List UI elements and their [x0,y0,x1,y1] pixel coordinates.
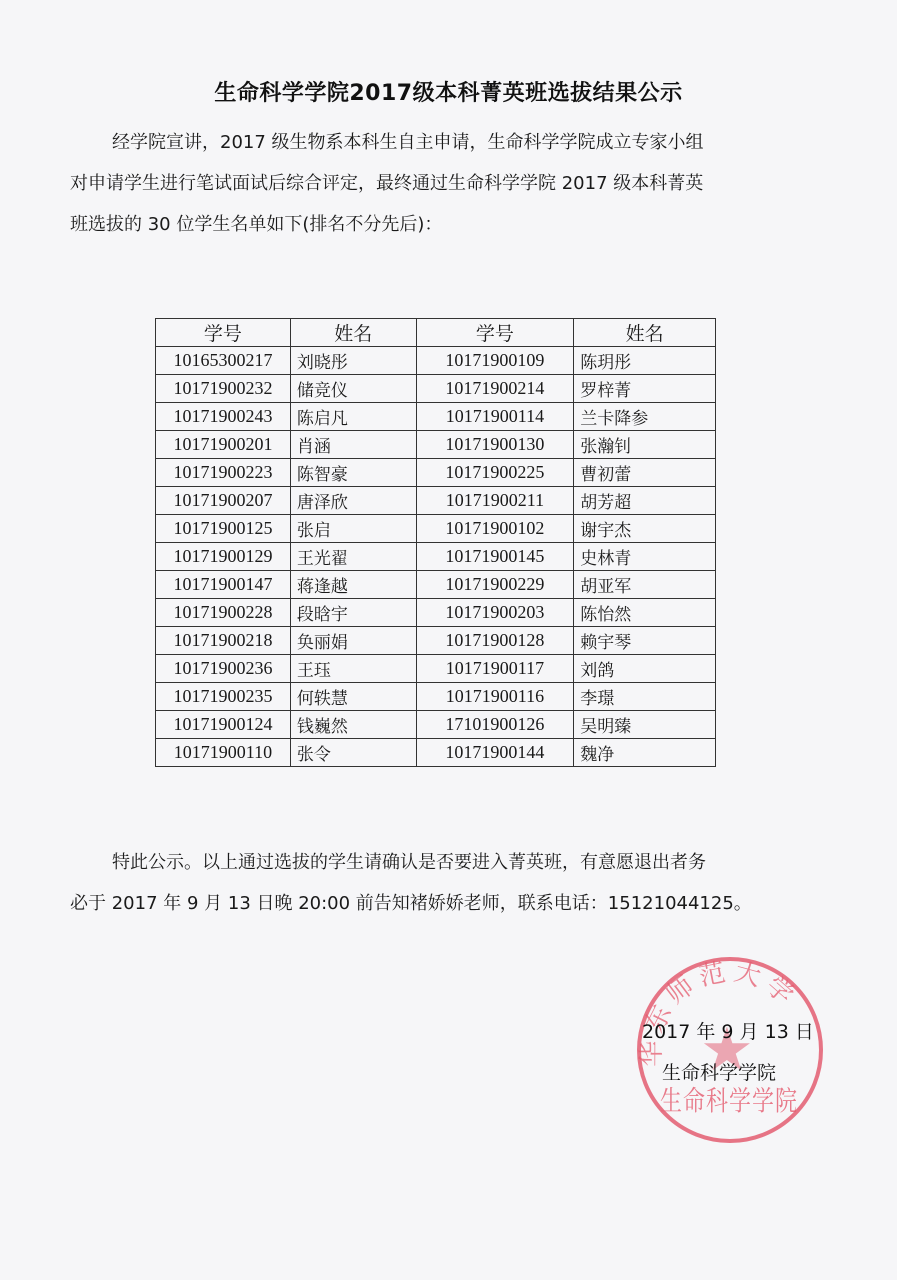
student-name-cell: 胡芳超 [574,487,716,515]
student-name-cell: 吴明臻 [574,711,716,739]
student-name-cell: 张令 [290,739,416,767]
table-row: 10171900129王光翟10171900145史林青 [156,543,716,571]
table-row: 10171900110张令10171900144魏净 [156,739,716,767]
student-name-cell: 魏净 [574,739,716,767]
seal-inner-text: 生命科学学院 [660,1080,798,1119]
table-row: 10171900243陈启凡10171900114兰卡降参 [156,403,716,431]
student-name-cell: 刘鸽 [574,655,716,683]
document-title: 生命科学学院2017级本科菁英班选拔结果公示 [0,76,897,107]
table-row: 10171900124钱巍然17101900126吴明臻 [156,711,716,739]
student-id-cell: 10171900228 [156,599,291,627]
student-id-cell: 17101900126 [416,711,574,739]
student-id-cell: 10171900223 [156,459,291,487]
student-id-cell: 10171900232 [156,375,291,403]
closing-line-1: 特此公示。以上通过选拔的学生请确认是否要进入菁英班，有意愿退出者务 [112,842,706,883]
intro-line-3: 班选拔的 30 位学生名单如下(排名不分先后)： [70,204,442,245]
student-name-cell: 肖涵 [290,431,416,459]
student-list-table: 学号 姓名 学号 姓名 10165300217刘晓彤10171900109陈玥彤… [155,318,716,767]
student-id-cell: 10171900124 [156,711,291,739]
student-id-cell: 10171900116 [416,683,574,711]
student-id-cell: 10171900201 [156,431,291,459]
student-name-cell: 陈智豪 [290,459,416,487]
student-id-cell: 10171900102 [416,515,574,543]
student-name-cell: 张启 [290,515,416,543]
student-name-cell: 段晗宇 [290,599,416,627]
student-name-cell: 何轶慧 [290,683,416,711]
header-student-id-1: 学号 [156,319,291,347]
signature-organization: 生命科学学院 [662,1058,776,1085]
student-id-cell: 10171900145 [416,543,574,571]
student-name-cell: 史林青 [574,543,716,571]
student-name-cell: 罗梓菁 [574,375,716,403]
header-student-id-2: 学号 [416,319,574,347]
student-id-cell: 10171900130 [416,431,574,459]
student-name-cell: 谢宇杰 [574,515,716,543]
student-id-cell: 10171900114 [416,403,574,431]
student-id-cell: 10171900243 [156,403,291,431]
student-id-cell: 10171900207 [156,487,291,515]
student-name-cell: 兰卡降参 [574,403,716,431]
table-row: 10171900218奂丽娟10171900128赖宇琴 [156,627,716,655]
student-name-cell: 唐泽欣 [290,487,416,515]
student-name-cell: 奂丽娟 [290,627,416,655]
student-name-cell: 刘晓彤 [290,347,416,375]
table-row: 10171900201肖涵10171900130张瀚钊 [156,431,716,459]
intro-line-1: 经学院宣讲，2017 级生物系本科生自主申请，生命科学学院成立专家小组 [112,122,704,163]
student-id-cell: 10171900125 [156,515,291,543]
student-id-cell: 10171900235 [156,683,291,711]
student-id-cell: 10171900229 [416,571,574,599]
student-name-cell: 曹初蕾 [574,459,716,487]
intro-line-2: 对申请学生进行笔试面试后综合评定，最终通过生命科学学院 2017 级本科菁英 [70,163,703,204]
table-row: 10165300217刘晓彤10171900109陈玥彤 [156,347,716,375]
student-name-cell: 陈启凡 [290,403,416,431]
student-id-cell: 10171900225 [416,459,574,487]
student-id-cell: 10165300217 [156,347,291,375]
student-name-cell: 胡亚军 [574,571,716,599]
student-id-cell: 10171900117 [416,655,574,683]
student-id-cell: 10171900129 [156,543,291,571]
student-name-cell: 钱巍然 [290,711,416,739]
table-row: 10171900147蒋逢越10171900229胡亚军 [156,571,716,599]
student-name-cell: 张瀚钊 [574,431,716,459]
student-name-cell: 赖宇琴 [574,627,716,655]
student-id-cell: 10171900218 [156,627,291,655]
student-name-cell: 王珏 [290,655,416,683]
signature-date: 2017 年 9 月 13 日 [642,1017,814,1044]
student-name-cell: 王光翟 [290,543,416,571]
student-id-cell: 10171900236 [156,655,291,683]
table-row: 10171900125张启10171900102谢宇杰 [156,515,716,543]
header-name-1: 姓名 [290,319,416,347]
student-id-cell: 10171900214 [416,375,574,403]
table-row: 10171900235何轶慧10171900116李璟 [156,683,716,711]
student-name-cell: 储竞仪 [290,375,416,403]
student-id-cell: 10171900128 [416,627,574,655]
table-row: 10171900236王珏10171900117刘鸽 [156,655,716,683]
header-name-2: 姓名 [574,319,716,347]
student-id-cell: 10171900211 [416,487,574,515]
closing-line-2: 必于 2017 年 9 月 13 日晚 20:00 前告知褚娇娇老师，联系电话：… [70,883,752,924]
student-name-cell: 李璟 [574,683,716,711]
table-row: 10171900207唐泽欣10171900211胡芳超 [156,487,716,515]
student-name-cell: 陈怡然 [574,599,716,627]
student-id-cell: 10171900147 [156,571,291,599]
student-id-cell: 10171900109 [416,347,574,375]
table-row: 10171900228段晗宇10171900203陈怡然 [156,599,716,627]
student-id-cell: 10171900144 [416,739,574,767]
table-header-row: 学号 姓名 学号 姓名 [156,319,716,347]
student-name-cell: 蒋逢越 [290,571,416,599]
student-id-cell: 10171900110 [156,739,291,767]
student-name-cell: 陈玥彤 [574,347,716,375]
student-id-cell: 10171900203 [416,599,574,627]
table-row: 10171900223陈智豪10171900225曹初蕾 [156,459,716,487]
table-row: 10171900232储竞仪10171900214罗梓菁 [156,375,716,403]
